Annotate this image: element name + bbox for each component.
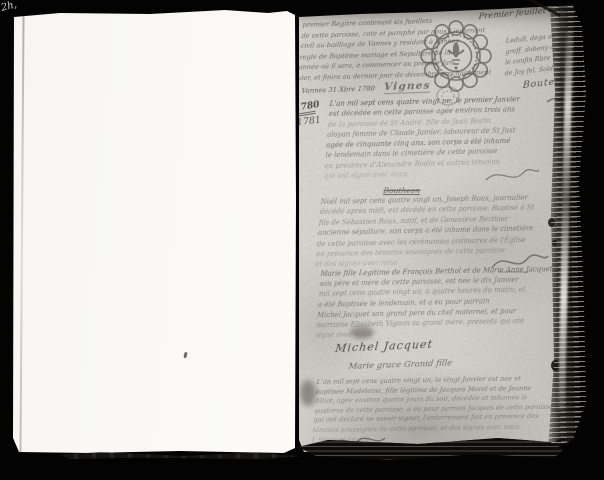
margin-year-marker: 1780 1781 [294,100,322,128]
date-text: Vannes 31 Xbre 1780 [301,84,375,95]
struck-place-heading: Boutheon [383,186,421,195]
ink-smudge [300,380,316,406]
corner-annotation: 2h, [0,0,18,14]
archival-register-scan: 2h, premier Regitre contenant six fueill… [0,0,604,480]
signature-flourish [482,164,542,188]
ink-speck [183,352,187,358]
page-fold-line [19,14,24,452]
left-page-bottom-shadow [60,452,300,459]
ink-smudge [350,326,374,339]
